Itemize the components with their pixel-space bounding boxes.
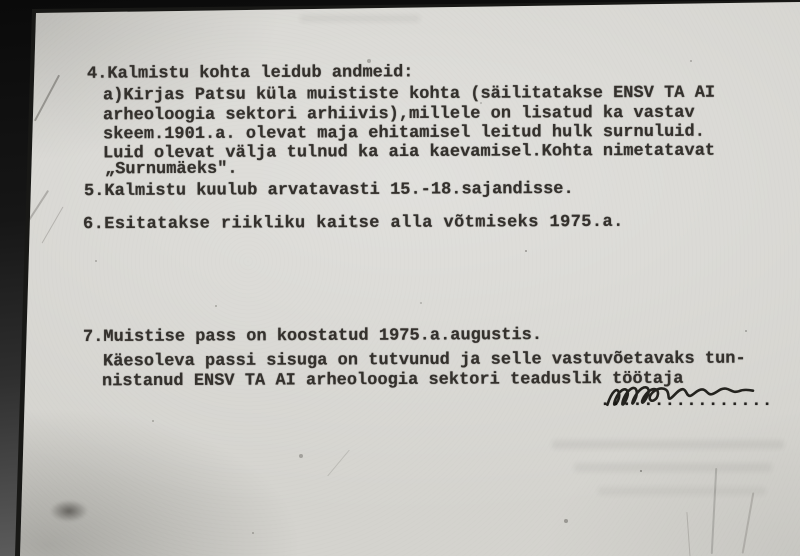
scratch-mark <box>686 512 690 556</box>
scratch-mark <box>42 207 64 244</box>
document-photo: 4.Kalmistu kohta leidub andmeid: a)Kirja… <box>0 0 800 556</box>
ghost-showthrough-text <box>574 463 772 472</box>
item-7-line: 7.Muistise pass on koostatud 1975.a.augu… <box>83 326 542 348</box>
item-5-line: 5.Kalmistu kuulub arvatavasti 15.-18.saj… <box>84 180 574 202</box>
item-4-heading: 4.Kalmistu kohta leidub andmeid: <box>87 63 414 84</box>
ghost-showthrough-text <box>300 15 420 22</box>
handwritten-signature <box>600 371 773 413</box>
item-4a-line-5: „Surnumäeks". <box>105 160 238 180</box>
ghost-showthrough-text <box>598 487 766 495</box>
dust-specks <box>0 0 2 2</box>
scratch-mark <box>17 190 49 238</box>
scratch-mark <box>327 450 350 477</box>
item-4a-line-1: a)Kirjas Patsu küla muististe kohta (säi… <box>103 84 715 106</box>
ghost-showthrough-text <box>552 440 784 449</box>
paper-sheet: 4.Kalmistu kohta leidub andmeid: a)Kirja… <box>0 0 800 556</box>
closing-line-2: nistanud ENSV TA AI arheoloogia sektori … <box>102 370 684 392</box>
scratch-mark <box>34 75 60 122</box>
closing-line-1: Käesoleva passi sisuga on tutvunud ja se… <box>103 350 746 372</box>
ink-smudge <box>50 500 88 522</box>
scratch-mark <box>742 492 755 553</box>
scratch-mark <box>711 468 717 554</box>
item-6-line: 6.Esitatakse riikliku kaitse alla võtmis… <box>83 213 624 235</box>
